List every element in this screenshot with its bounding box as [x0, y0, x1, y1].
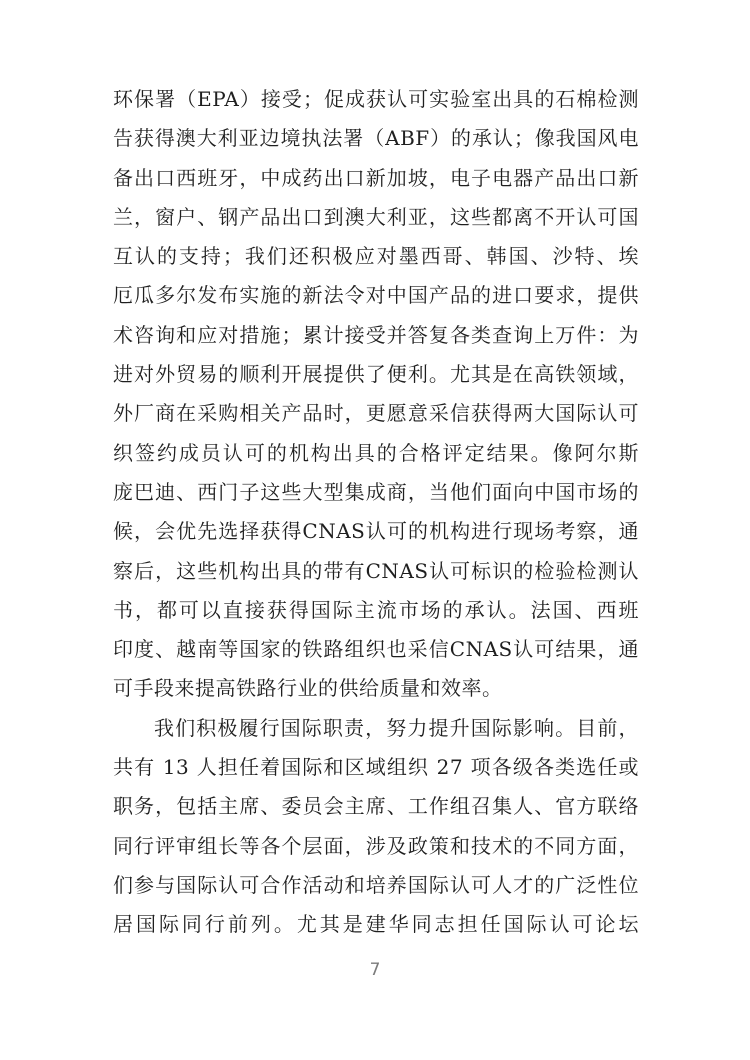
- page-body: 环保署（EPA）接受；促成获认可实验室出具的石棉检测报告获得澳大利亚边境执法署（…: [113, 80, 639, 945]
- text-line: 候，会优先选择获得CNAS认可的机构进行现场考察，通过考: [113, 512, 639, 551]
- text-line: 印度、越南等国家的铁路组织也采信CNAS认可结果，通过认: [113, 630, 639, 669]
- document-page: 环保署（EPA）接受；促成获认可实验室出具的石棉检测报告获得澳大利亚边境执法署（…: [0, 0, 750, 1060]
- text-line: 术咨询和应对措施；累计接受并答复各类查询上万件：为促: [113, 316, 639, 355]
- text-line: 告获得澳大利亚边境执法署（ABF）的承认；像我国风电装: [113, 119, 639, 158]
- text-line: 书，都可以直接获得国际主流市场的承认。法国、西班牙、: [113, 591, 639, 630]
- text-line: 察后，这些机构出具的带有CNAS认可标识的检验检测认证证: [113, 552, 639, 591]
- text-line: 们参与国际认可合作活动和培养国际认可人才的广泛性位: [113, 866, 639, 905]
- text-line: 进对外贸易的顺利开展提供了便利。尤其是在高铁领域，国: [113, 355, 639, 394]
- text-line: 环保署（EPA）接受；促成获认可实验室出具的石棉检测报: [113, 80, 639, 119]
- paragraph: 环保署（EPA）接受；促成获认可实验室出具的石棉检测报告获得澳大利亚边境执法署（…: [113, 80, 639, 709]
- text-line: 厄瓜多尔发布实施的新法令对中国产品的进口要求，提供技: [113, 276, 639, 315]
- text-line: 兰，窗户、钢产品出口到澳大利亚，这些都离不开认可国际: [113, 198, 639, 237]
- text-line: 互认的支持；我们还积极应对墨西哥、韩国、沙特、埃及、: [113, 237, 639, 276]
- text-line: 可手段来提高铁路行业的供给质量和效率。: [113, 669, 639, 708]
- text-line: 居国际同行前列。尤其是建华同志担任国际认可论坛（IAF）: [113, 905, 639, 944]
- text-line: 同行评审组长等各个层面，涉及政策和技术的不同方面，我: [113, 827, 639, 866]
- text-line: 我们积极履行国际职责，努力提升国际影响。目前，CNSA: [113, 709, 639, 748]
- paragraph: 我们积极履行国际职责，努力提升国际影响。目前，CNSA共有 13 人担任着国际和…: [113, 709, 639, 945]
- text-line: 职务，包括主席、委员会主席、工作组召集人、官方联络人、: [113, 787, 639, 826]
- text-line: 庞巴迪、西门子这些大型集成商，当他们面向中国市场的时: [113, 473, 639, 512]
- text-line: 备出口西班牙，中成药出口新加坡，电子电器产品出口新西: [113, 159, 639, 198]
- page-number: 7: [0, 960, 750, 980]
- text-line: 共有 13 人担任着国际和区域组织 27 项各级各类选任或委任: [113, 748, 639, 787]
- text-line: 外厂商在采购相关产品时，更愿意采信获得两大国际认可组: [113, 394, 639, 433]
- text-line: 织签约成员认可的机构出具的合格评定结果。像阿尔斯通、: [113, 434, 639, 473]
